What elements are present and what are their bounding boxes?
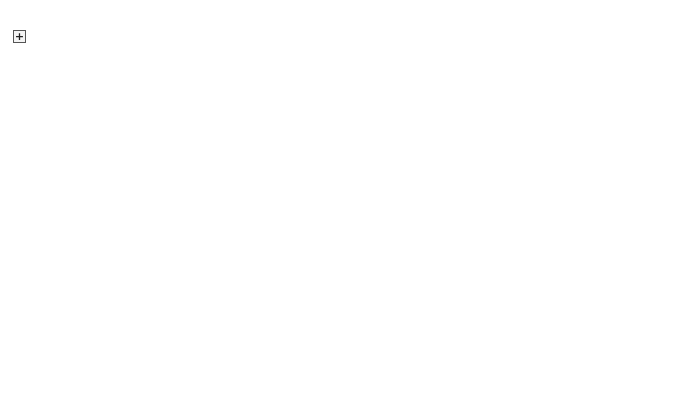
- move-icon: +: [15, 31, 24, 42]
- document-page: +: [0, 0, 700, 400]
- page-title: [43, 3, 44, 29]
- table-move-handle[interactable]: +: [13, 30, 26, 43]
